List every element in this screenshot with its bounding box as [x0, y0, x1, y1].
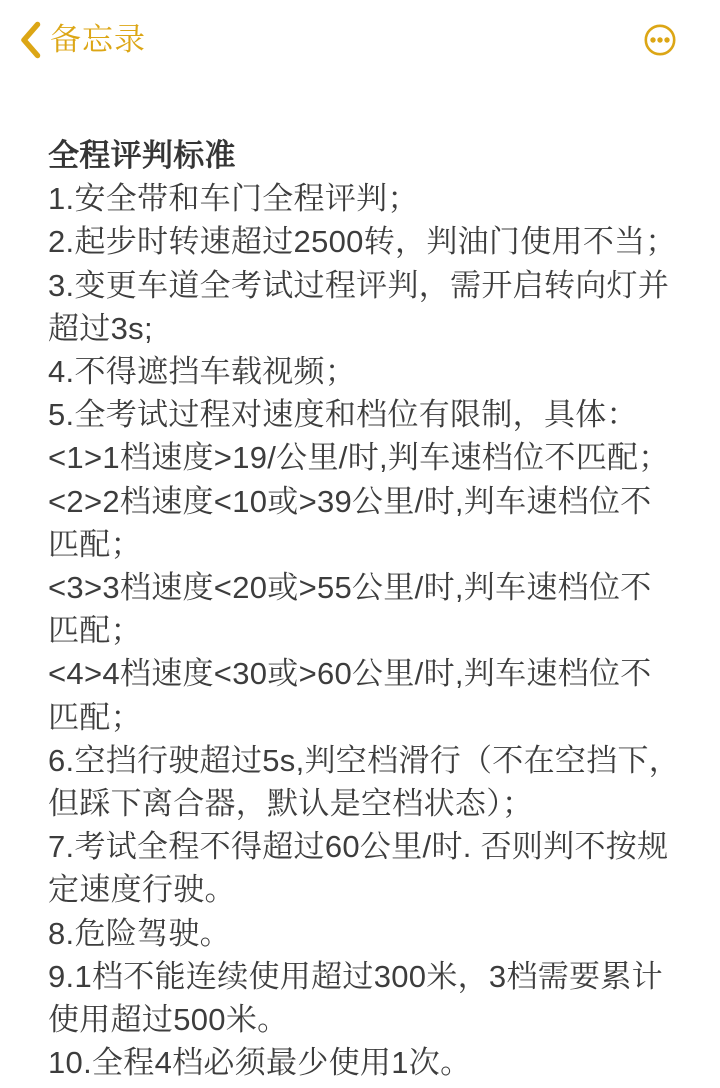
note-line: 5.全考试过程对速度和档位有限制，具体： [48, 393, 688, 436]
back-button-label: 备忘录 [50, 21, 146, 59]
note-line: 使用超过500米。 [48, 998, 688, 1041]
note-line: <4>4档速度<30或>60公里/时,判车速档位不 [48, 652, 688, 695]
more-button[interactable] [644, 24, 676, 56]
note-line: 9.1档不能连续使用超过300米，3档需要累计 [48, 955, 688, 998]
note-line: 匹配； [48, 609, 688, 652]
back-button[interactable]: 备忘录 [18, 20, 146, 60]
note-line: 1.安全带和车门全程评判； [48, 177, 688, 220]
note-body[interactable]: 全程评判标准 1.安全带和车门全程评判； 2.起步时转速超过2500转，判油门使… [48, 134, 688, 1084]
note-line: 但踩下离合器，默认是空档状态）； [48, 782, 688, 825]
note-line: 3.变更车道全考试过程评判，需开启转向灯并 [48, 264, 688, 307]
note-line: 2.起步时转速超过2500转，判油门使用不当； [48, 220, 688, 263]
note-title: 全程评判标准 [48, 134, 688, 177]
note-line: 超过3s; [48, 307, 688, 350]
note-line: 4.不得遮挡车载视频； [48, 350, 688, 393]
note-line: <2>2档速度<10或>39公里/时,判车速档位不 [48, 480, 688, 523]
note-line: 匹配； [48, 523, 688, 566]
note-line: 定速度行驶。 [48, 868, 688, 911]
chevron-left-icon [18, 20, 42, 60]
notes-app-screen: 备忘录 全程评判标准 1.安全带和车门全程评判； 2.起步时转速超过2500转，… [0, 0, 720, 1088]
note-line: 8.危险驾驶。 [48, 912, 688, 955]
note-line: 6.空挡行驶超过5s,判空档滑行（不在空挡下， [48, 739, 688, 782]
note-line: 匹配； [48, 696, 688, 739]
note-line: 10.全程4档必须最少使用1次。 [48, 1041, 688, 1084]
note-line: <3>3档速度<20或>55公里/时,判车速档位不 [48, 566, 688, 609]
navigation-bar: 备忘录 [0, 0, 720, 80]
ellipsis-circle-icon [644, 24, 676, 56]
note-line: <1>1档速度>19/公里/时,判车速档位不匹配； [48, 436, 688, 479]
note-line: 7.考试全程不得超过60公里/时. 否则判不按规 [48, 825, 688, 868]
